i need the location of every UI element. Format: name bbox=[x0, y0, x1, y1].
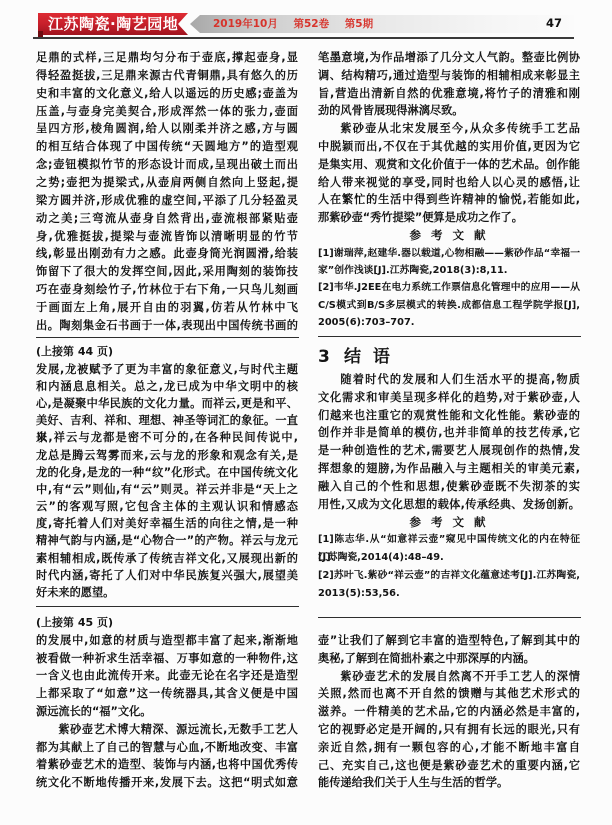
continued-from-label: (上接第 45 页) bbox=[36, 614, 298, 632]
section-divider bbox=[36, 337, 299, 338]
text-line: 巧在壶身刻绘竹子,竹林位于右下角,一只鸟儿刻画 bbox=[36, 281, 298, 299]
text-line: 美好、吉利、祥和、理想、神圣等词汇的象征。一直以 bbox=[36, 412, 298, 429]
reference-entry: 家”创作浅谈[J].江苏陶瓷,2018(3):8,11. bbox=[318, 262, 580, 279]
reference-entry: 2013(5):53,56. bbox=[318, 585, 580, 603]
section-number: 3 bbox=[318, 347, 344, 367]
text-line: 滋养。一件精美的艺术品,它的内涵必然是丰富的, bbox=[318, 703, 580, 721]
references-list: 参 考 文 献 [1]谢瑞萍,赵建华.器以载道,心物相融——紫砂作品“幸福一 家… bbox=[318, 227, 580, 331]
text-line: 足鼎的式样,三足鼎均匀分布于壶底,撑起壶身,显 bbox=[36, 49, 298, 67]
text-line: 时代内涵,寄托了人们对中华民族复兴强大,展望美 bbox=[36, 567, 298, 584]
reference-entry: C/S模式到B/S多层模式的转换.成都信息工程学院学报[J], bbox=[318, 297, 580, 314]
text-line: 创作并非是简单的模仿,也并非简单的技艺传承,它 bbox=[318, 424, 580, 442]
text-line: 紫砂壶艺术博大精深、源远流长,无数手工艺人 bbox=[36, 721, 298, 739]
text-line: 之势;壶把为提梁式,从壶肩两侧自然向上竖起,提 bbox=[36, 174, 298, 192]
text-line: 它的视野必定是开阔的,只有拥有长远的眼光,只有 bbox=[318, 721, 580, 739]
issue-date: 2019年10月 bbox=[213, 18, 278, 30]
text-line: 调、结构精巧,通过造型与装饰的相辅相成来彰显主 bbox=[318, 67, 580, 85]
reference-entry: [2]苏叶飞.紫砂“祥云壶”的吉祥文化蕴意述考[J].江苏陶瓷, bbox=[318, 567, 580, 585]
text-line: 源远流长的“福”文化。 bbox=[36, 703, 298, 721]
text-line: 劲的风骨皆展现得淋漓尽致。 bbox=[318, 102, 580, 120]
reference-entry: [1]谢瑞萍,赵建华.器以载道,心物相融——紫砂作品“幸福一 bbox=[318, 245, 580, 262]
text-line: 用性,又成为文化思想的载体,传承经典、发扬创新。 bbox=[318, 496, 580, 514]
text-line: 发展,龙被赋予了更为丰富的象征意义,与时代主题 bbox=[36, 361, 298, 378]
text-line: 得轻盈挺拔,三足鼎来源古代青铜鼎,具有悠久的历 bbox=[36, 67, 298, 85]
text-line: 都为其献上了自己的智慧与心血,不断地改变、丰富 bbox=[36, 739, 298, 757]
section-title: 结 语 bbox=[344, 347, 390, 367]
text-line: 奥秘,了解到在简拙朴素之中那深厚的内涵。 bbox=[318, 650, 580, 668]
references-heading: 参 考 文 献 bbox=[318, 514, 580, 532]
text-line: 的相互结合体现了中国传统“天圆地方”的造型观 bbox=[36, 138, 298, 156]
text-line: 己、充实自己,这也便是紫砂壶艺术的重要内涵,它 bbox=[318, 757, 580, 775]
right-article-body: 笔墨意境,为作品增添了几分文人气韵。整壶比例协 调、结构精巧,通过造型与装饰的相… bbox=[318, 49, 580, 227]
text-line: 是一种创造性的艺术,需要艺人展现创作的热情,发 bbox=[318, 442, 580, 460]
text-line: 中,有“云”则仙,有“云”则灵。祥云并非是“天上之 bbox=[36, 481, 298, 498]
text-line: 关照,然而也离不开自然的馈赠与其他艺术形式的 bbox=[318, 685, 580, 703]
references-list: 参 考 文 献 [1]陈志华.从“如意祥云壶”窥见中国传统文化的内在特征[J].… bbox=[318, 514, 580, 603]
text-line: 出。陶刻集金石书画于一体,表现出中国传统书画的 bbox=[36, 317, 298, 335]
reference-entry: 2005(6):703–707. bbox=[318, 314, 580, 331]
header-divider bbox=[33, 37, 574, 39]
text-line: 亲近自然,拥有一颗包容的心,才能不断地丰富自 bbox=[318, 739, 580, 757]
reference-entry: 江苏陶瓷,2014(4):48–49. bbox=[318, 549, 580, 567]
text-line: 被看做一种祈求生活幸福、万事如意的一种物件,这 bbox=[36, 650, 298, 668]
text-line: 中脱颖而出,不仅在于其优越的实用价值,更因为它 bbox=[318, 138, 580, 156]
text-line: 文化需求和审美呈现多样化的趋势,对于紫砂壶,人 bbox=[318, 389, 580, 407]
text-line: 动之美;三弯流从壶身自然背出,壶流根部紧贴壶 bbox=[36, 210, 298, 228]
text-line: 紫砂壶从北宋发展至今,从众多传统手工艺品 bbox=[318, 120, 580, 138]
text-line: 旨,营造出清新自然的优雅意境,将竹子的清雅和刚 bbox=[318, 85, 580, 103]
text-line: 好未来的愿望。 bbox=[36, 584, 298, 601]
issue-number: 第5期 bbox=[345, 18, 373, 30]
reference-entry: [2]韦华.J2EE在电力系统工作票信息化管理中的应用——从 bbox=[318, 279, 580, 296]
text-line: 饰留下了很大的发挥空间,因此,采用陶刻的装饰技 bbox=[36, 263, 298, 281]
text-line: 身,优雅挺拔,提梁与壶流皆饰以清晰明显的竹节 bbox=[36, 228, 298, 246]
text-line: 于画面左上角,展开自由的羽翼,仿若从竹林中飞 bbox=[36, 299, 298, 317]
page-number: 47 bbox=[546, 14, 562, 32]
continued-article-44: (上接第 44 页) 发展,龙被赋予了更为丰富的象征意义,与时代主题 和内涵息息… bbox=[36, 343, 298, 601]
continued-from-label: (上接第 44 页) bbox=[36, 343, 298, 360]
text-line: 和内涵息息相关。总之,龙已成为中华文明中的核 bbox=[36, 378, 298, 395]
text-line: 笔墨意境,为作品增添了几分文人气韵。整壶比例协 bbox=[318, 49, 580, 67]
text-line: 能传递给我们关于人生与生活的哲学。 bbox=[318, 774, 580, 792]
text-line: 的发展中,如意的材质与造型都丰富了起来,渐渐地 bbox=[36, 632, 298, 650]
section-divider bbox=[36, 606, 299, 607]
text-line: 随着时代的发展和人们生活水平的提高,物质 bbox=[318, 371, 580, 389]
journal-page: 江苏陶瓷·陶艺园地 2019年10月 第52卷 第5期 47 足鼎的式样,三足鼎… bbox=[0, 0, 612, 825]
text-line: 呈四方形,棱角圆润,给人以刚柔并济之感,方与圆 bbox=[36, 120, 298, 138]
text-line: 着紫砂壶艺术的造型、装饰与内涵,也将中国优秀传 bbox=[36, 756, 298, 774]
text-line: 来,祥云与龙都是密不可分的,在各种民间传说中, bbox=[36, 429, 298, 446]
text-line: 挥想象的翅膀,为作品融入与主题相关的审美元素, bbox=[318, 460, 580, 478]
text-line: 人在繁忙的生活中得到些许精神的愉悦,若能如此, bbox=[318, 191, 580, 209]
text-line: 给人带来视觉的享受,同时也给人以心灵的感悟,让 bbox=[318, 174, 580, 192]
text-line: 史和丰富的文化意义,给人以遥远的历史感;壶盖为 bbox=[36, 85, 298, 103]
issue-info: 2019年10月 第52卷 第5期 bbox=[213, 15, 385, 33]
text-line: 心,是凝聚中华民族的文化力量。而祥云,更是和平、 bbox=[36, 395, 298, 412]
text-line: 梁方圆并济,形成优雅的虚空间,平添了几分轻盈灵 bbox=[36, 192, 298, 210]
text-line: 一含义也由此流传开来。此壶无论在名字还是造型 bbox=[36, 667, 298, 685]
journal-name: 江苏陶瓷·陶艺园地 bbox=[48, 13, 178, 35]
text-line: 那紫砂壶“秀竹提梁”便算是成功之作了。 bbox=[318, 209, 580, 227]
text-line: 素相辅相成,既传承了传统吉祥文化,又展现出新的 bbox=[36, 550, 298, 567]
text-line: 念;壶钮模拟竹节的形态设计而成,呈现出破土而出 bbox=[36, 156, 298, 174]
reference-entry: [1]陈志华.从“如意祥云壶”窥见中国传统文化的内在特征[J]. bbox=[318, 531, 580, 549]
text-line: 上都采取了“如意”这一传统器具,其含义便是中国 bbox=[36, 685, 298, 703]
references-heading: 参 考 文 献 bbox=[318, 227, 580, 244]
text-line: 度,寄托着人们对美好幸福生活的向往之情,是一种 bbox=[36, 515, 298, 532]
text-line: 压盖,与壶身完美契合,形成浑然一体的张力,壶面 bbox=[36, 103, 298, 121]
continued-article-45: (上接第 45 页) 的发展中,如意的材质与造型都丰富了起来,渐渐地 被看做一种… bbox=[36, 614, 298, 792]
conclusion-body: 随着时代的发展和人们生活水平的提高,物质 文化需求和审美呈现多样化的趋势,对于紫… bbox=[318, 371, 580, 513]
text-line: 龙总是腾云驾雾而来,云与龙的形象和观念有关,是 bbox=[36, 447, 298, 464]
text-line: 融入自己的个性和思想,使紫砂壶既不失沏茶的实 bbox=[318, 478, 580, 496]
left-article-body: 足鼎的式样,三足鼎均匀分布于壶底,撑起壶身,显 得轻盈挺拔,三足鼎来源古代青铜鼎… bbox=[36, 49, 298, 335]
text-line: 龙的化身,是龙的一种“纹”化形式。在中国传统文化 bbox=[36, 464, 298, 481]
volume-number: 第52卷 bbox=[294, 18, 330, 30]
continued-article-45-end: 壶”让我们了解到它丰富的造型特色,了解到其中的 奥秘,了解到在简拙朴素之中那深厚… bbox=[318, 632, 580, 792]
text-line: 紫砂壶艺术的发展自然离不开手工艺人的深情 bbox=[318, 668, 580, 686]
text-line: 精神气韵与内涵,是“心物合一”的产物。祥云与龙元 bbox=[36, 532, 298, 549]
section-heading: 3结 语 bbox=[318, 347, 390, 367]
text-line: 壶”让我们了解到它丰富的造型特色,了解到其中的 bbox=[318, 632, 580, 650]
section-divider bbox=[318, 617, 581, 618]
section-divider bbox=[318, 336, 581, 337]
text-line: 统文化不断地传播开来,发展下去。这把“明式如意 bbox=[36, 774, 298, 792]
text-line: 们越来也注重它的观赏性能和文化性能。紫砂壶的 bbox=[318, 407, 580, 425]
text-line: 是集实用、观赏和文化价值于一体的艺术品。创作能 bbox=[318, 156, 580, 174]
text-line: 线,彰显出刚劲有力之感。此壶身筒光润圆滑,给装 bbox=[36, 245, 298, 263]
text-line: 云”的客观写照,它包含主体的主观认识和情感态 bbox=[36, 498, 298, 515]
